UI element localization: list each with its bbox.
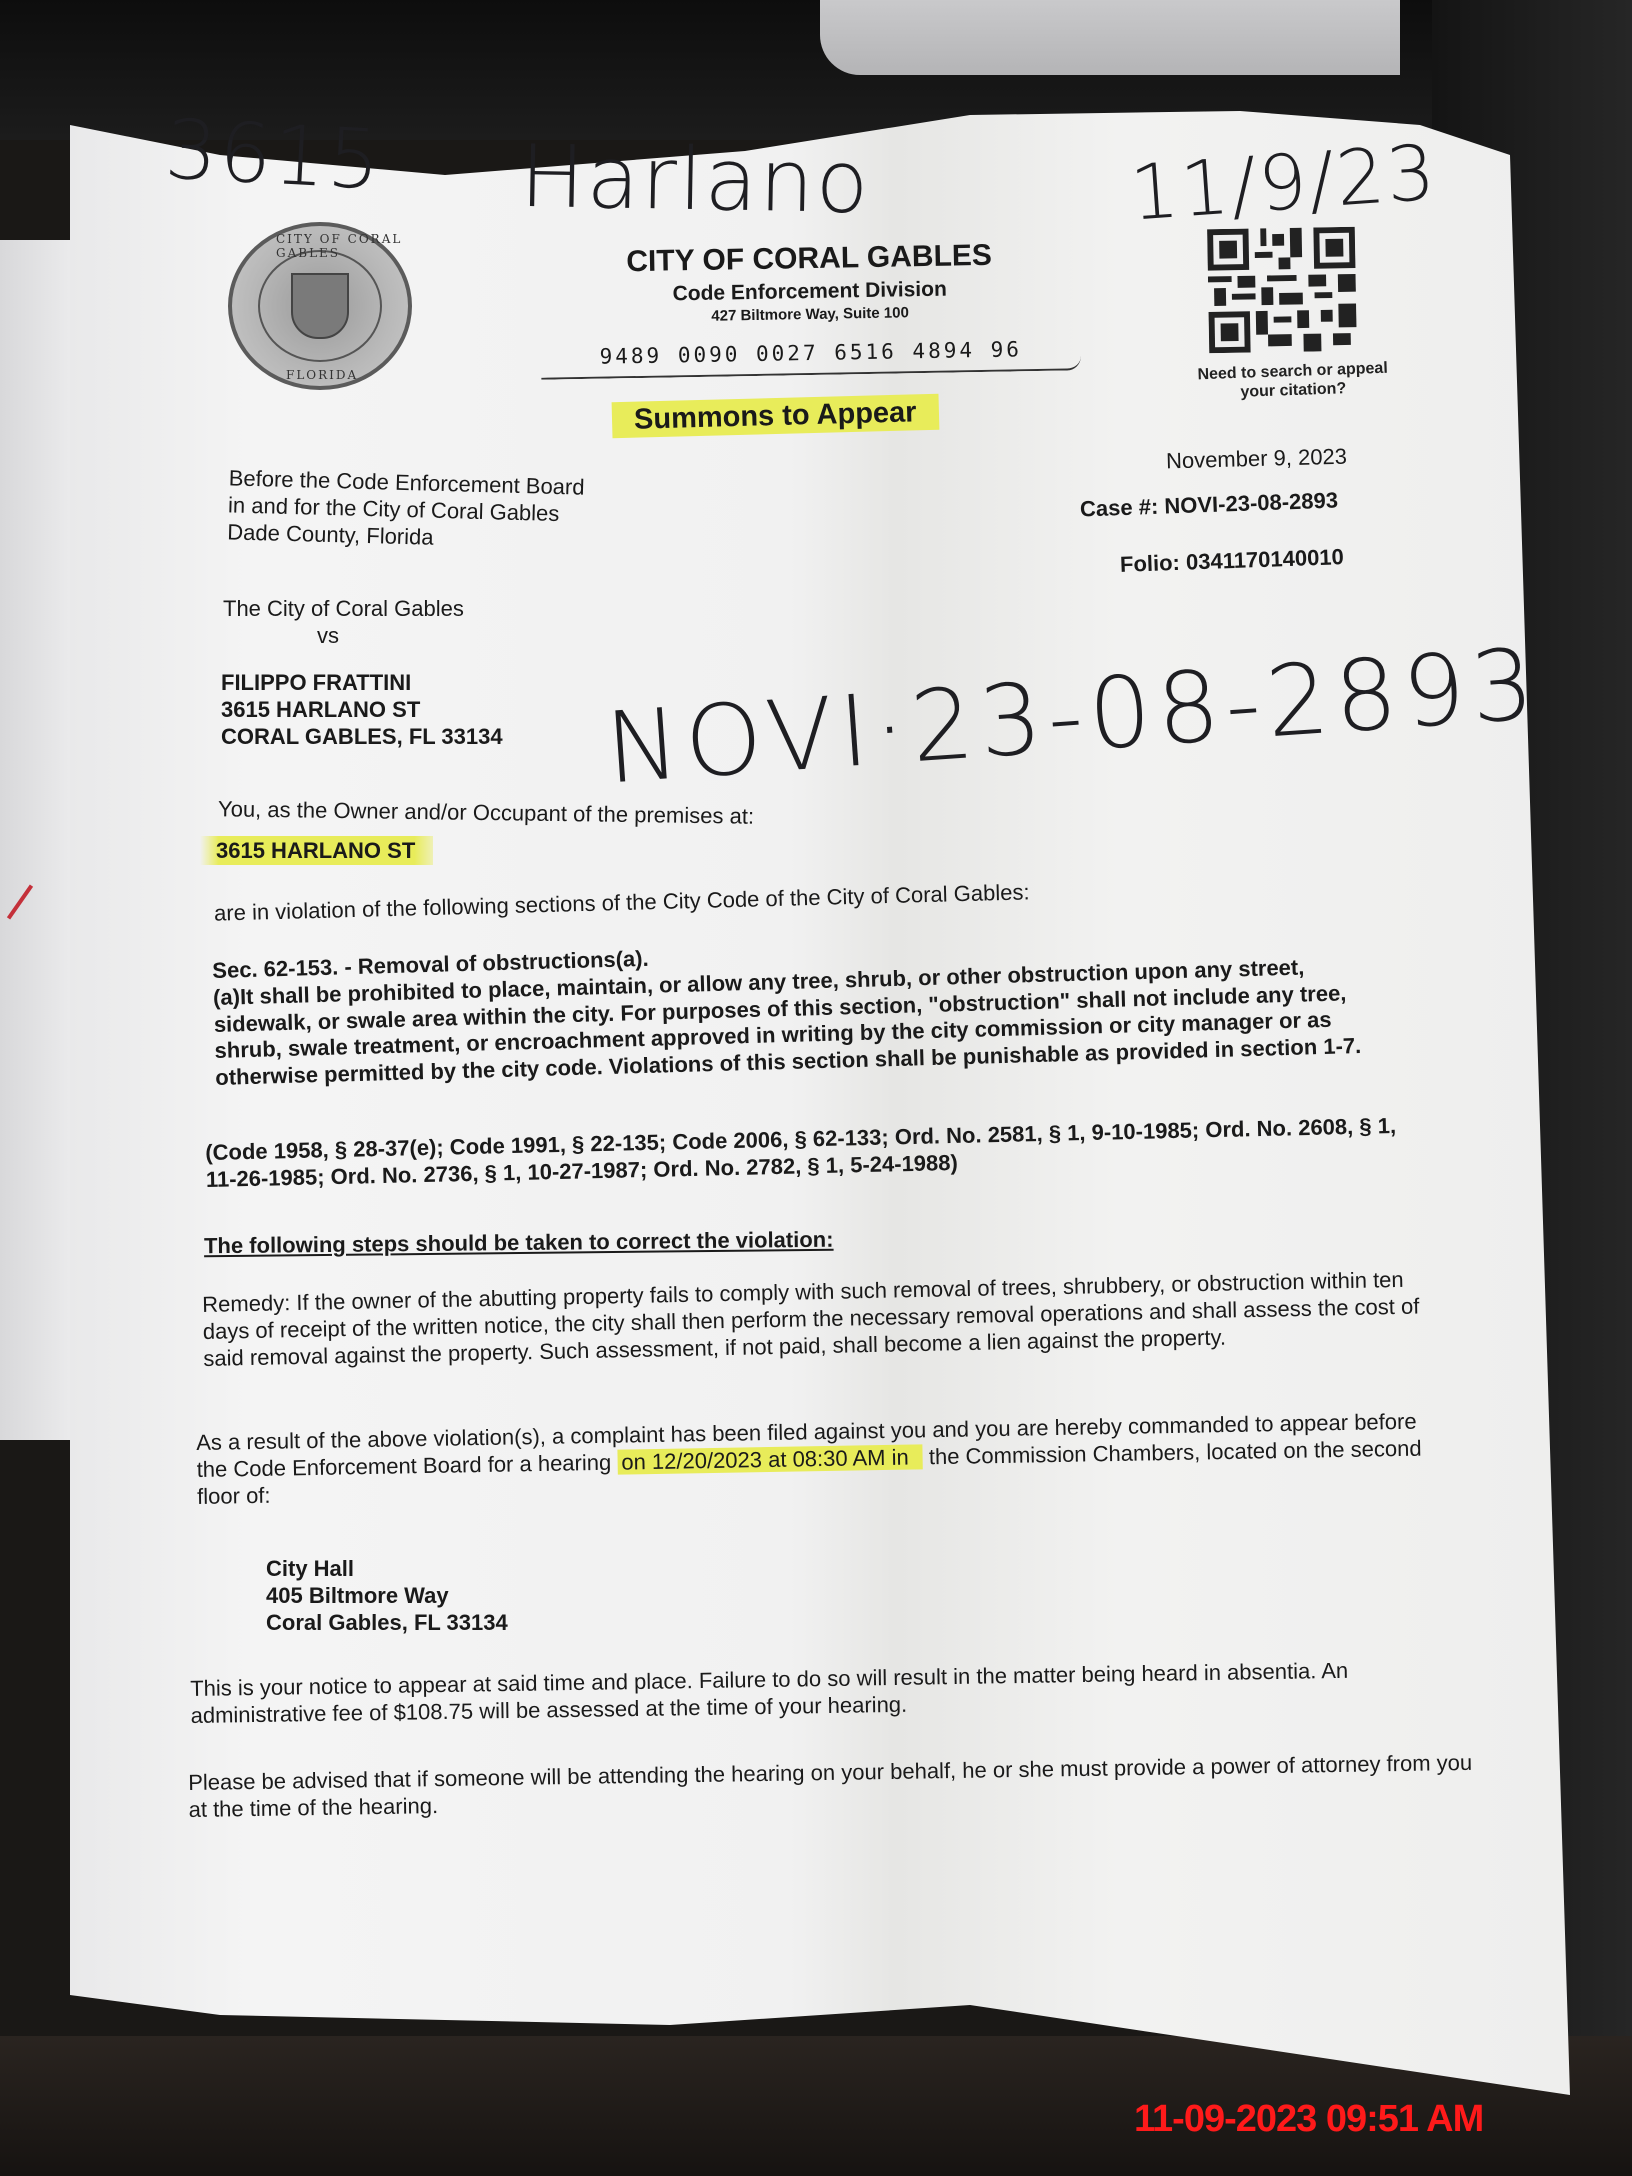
seal-bottom-text: FLORIDA (286, 368, 358, 382)
issue-date: November 9, 2023 (1166, 444, 1348, 476)
photo-timestamp: 11-09-2023 09:51 AM (1134, 2098, 1483, 2141)
plaintiff: The City of Coral Gables (223, 596, 464, 623)
folio-number: 0341170140010 (1186, 544, 1345, 574)
handwritten-house-number: 3615 (163, 102, 384, 208)
premises-address-wrap: 3615 HARLANO ST (200, 838, 433, 865)
seal-top-text: CITY OF CORAL GABLES (276, 232, 408, 260)
respondent-street: 3615 HARLANO ST (221, 697, 503, 724)
shield-icon (291, 273, 349, 339)
background-surface (820, 0, 1400, 75)
red-line-decoration (7, 884, 33, 919)
handwritten-street: Harlano (519, 127, 871, 233)
qr-code-icon[interactable] (1207, 227, 1357, 354)
hearing-date-highlight: on 12/20/2023 at 08:30 AM in (617, 1444, 923, 1474)
versus: vs (223, 623, 464, 650)
seal-inner-ring (258, 250, 382, 362)
qr-caption: Need to search or appeal your citation? (1187, 358, 1398, 404)
respondent-city: CORAL GABLES, FL 33134 (221, 724, 503, 751)
folio-label: Folio: (1120, 550, 1181, 577)
parties: The City of Coral Gables vs (223, 596, 464, 650)
hearing-location: City Hall 405 Biltmore Way Coral Gables,… (266, 1556, 508, 1636)
location-line: City Hall (266, 1556, 508, 1583)
case-number: NOVI-23-08-2893 (1164, 488, 1338, 519)
case-label: Case #: (1080, 494, 1159, 522)
court-caption: Before the Code Enforcement Board in and… (227, 465, 585, 555)
respondent-name: FILIPPO FRATTINI (221, 670, 503, 697)
premises-address: 3615 HARLANO ST (200, 836, 433, 865)
location-line: 405 Biltmore Way (266, 1583, 508, 1610)
location-line: Coral Gables, FL 33134 (266, 1610, 508, 1637)
letterhead: CITY OF CORAL GABLES Code Enforcement Di… (539, 237, 1081, 379)
respondent-block: FILIPPO FRATTINI 3615 HARLANO ST CORAL G… (221, 670, 503, 750)
city-seal-icon: CITY OF CORAL GABLES FLORIDA (228, 222, 412, 390)
